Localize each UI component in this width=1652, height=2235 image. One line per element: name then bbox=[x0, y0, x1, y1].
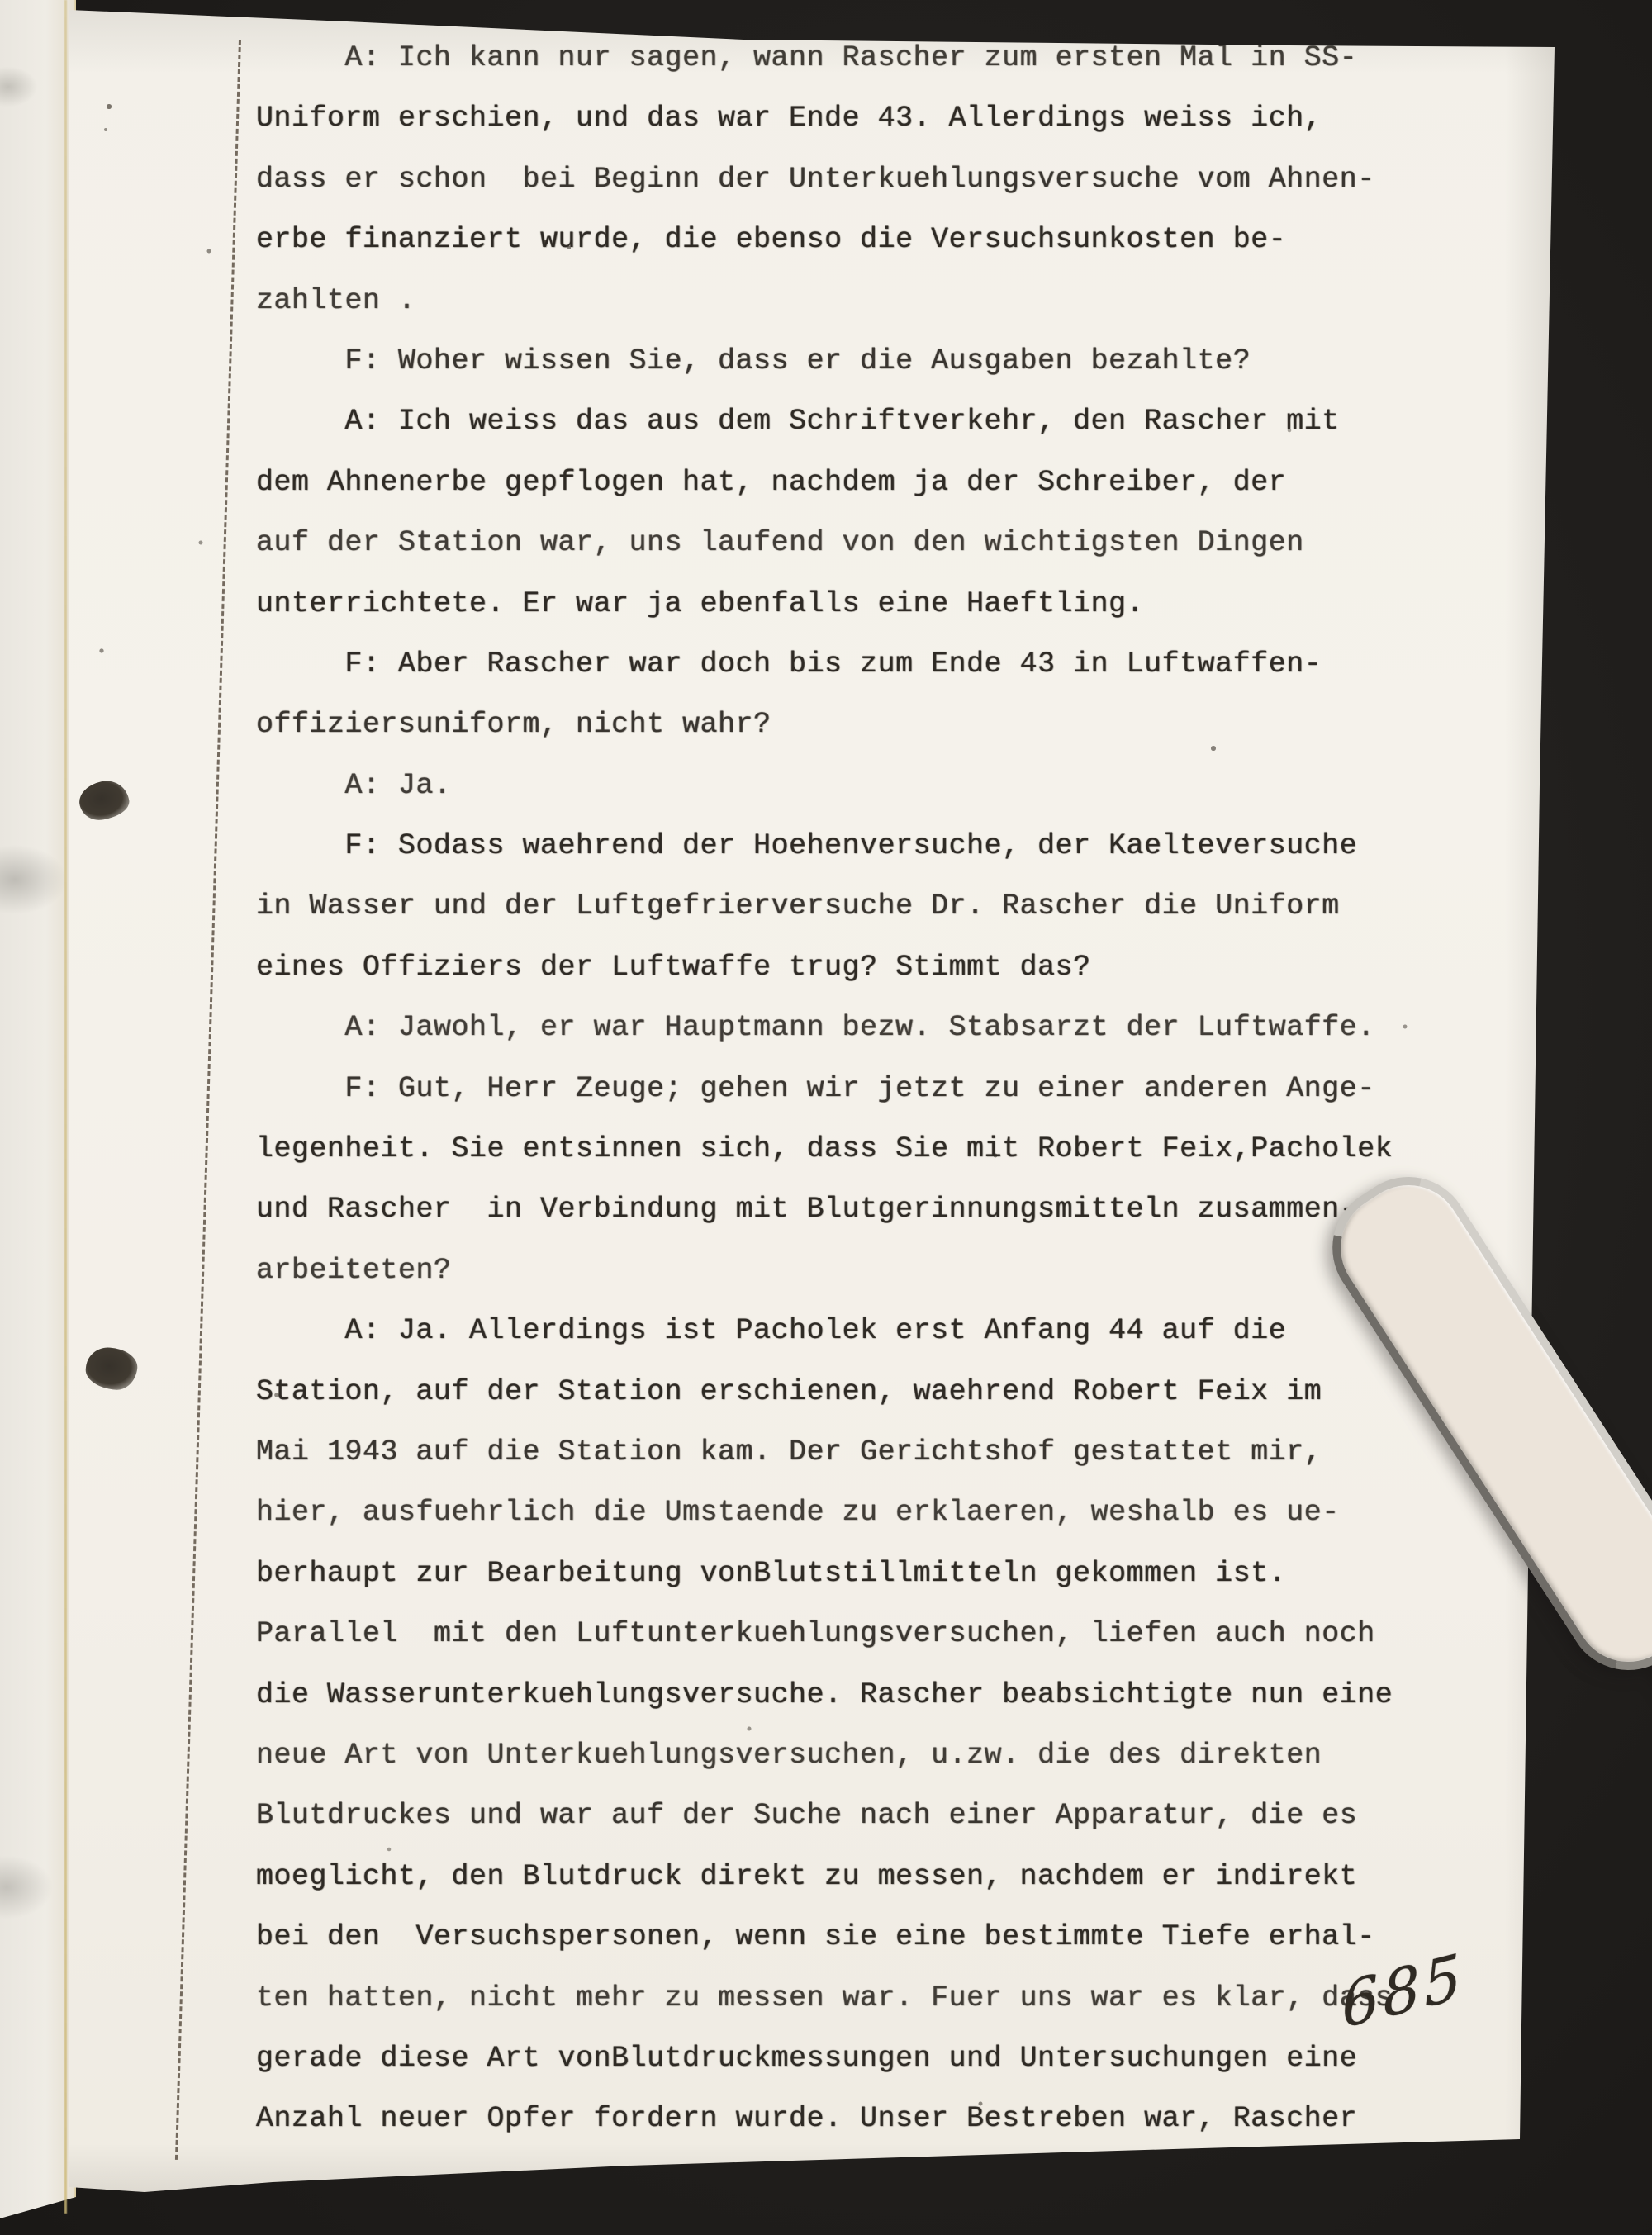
text-line: zahlten . bbox=[256, 271, 1412, 331]
paper-shading-bottom bbox=[0, 2144, 1652, 2202]
text-line: bei den Versuchspersonen, wenn sie eine … bbox=[256, 1907, 1412, 1967]
ink-blot-lower bbox=[84, 1345, 140, 1392]
text-line: Blutdruckes und war auf der Suche nach e… bbox=[256, 1786, 1412, 1846]
text-line: Station, auf der Station erschienen, wae… bbox=[256, 1362, 1412, 1422]
text-line: Uniform erschien, und das war Ende 43. A… bbox=[256, 88, 1412, 149]
text-line: F: Sodass waehrend der Hoehenversuche, d… bbox=[256, 816, 1412, 876]
document-page: A: Ich kann nur sagen, wann Rascher zum … bbox=[0, 0, 1652, 2235]
text-line: berhaupt zur Bearbeitung vonBlutstillmit… bbox=[256, 1544, 1412, 1604]
text-line: Mai 1943 auf die Station kam. Der Gerich… bbox=[256, 1422, 1412, 1483]
text-line: unterrichtete. Er war ja ebenfalls eine … bbox=[256, 574, 1412, 634]
text-line: dass er schon bei Beginn der Unterkuehlu… bbox=[256, 149, 1412, 210]
fold-crease-line bbox=[175, 40, 241, 2160]
text-line: auf der Station war, uns laufend von den… bbox=[256, 513, 1412, 573]
text-line: eines Offiziers der Luftwaffe trug? Stim… bbox=[256, 937, 1412, 998]
text-line: legenheit. Sie entsinnen sich, dass Sie … bbox=[256, 1119, 1412, 1179]
text-line: hier, ausfuehrlich die Umstaende zu erkl… bbox=[256, 1483, 1412, 1543]
text-line: erbe finanziert wurde, die ebenso die Ve… bbox=[256, 210, 1412, 270]
text-line: moeglicht, den Blutdruck direkt zu messe… bbox=[256, 1847, 1412, 1907]
text-line: F: Woher wissen Sie, dass er die Ausgabe… bbox=[256, 331, 1412, 391]
text-line: A: Jawohl, er war Hauptmann bezw. Stabsa… bbox=[256, 998, 1412, 1058]
text-line: A: Ich weiss das aus dem Schriftverkehr,… bbox=[256, 391, 1412, 452]
under-sheet-edge bbox=[64, 0, 67, 2214]
scanned-document: A: Ich kann nur sagen, wann Rascher zum … bbox=[0, 0, 1652, 2235]
text-line: offiziersuniform, nicht wahr? bbox=[256, 695, 1412, 755]
text-line: in Wasser und der Luftgefrierversuche Dr… bbox=[256, 876, 1412, 937]
text-line: und Rascher in Verbindung mit Blutgerinn… bbox=[256, 1179, 1412, 1240]
text-line: A: Ja. bbox=[256, 756, 1412, 816]
text-line: F: Aber Rascher war doch bis zum Ende 43… bbox=[256, 634, 1412, 695]
text-line: Anzahl neuer Opfer fordern wurde. Unser … bbox=[256, 2089, 1412, 2149]
paper-shading-right bbox=[1505, 0, 1563, 2235]
text-line: dem Ahnenerbe gepflogen hat, nachdem ja … bbox=[256, 453, 1412, 513]
text-line: neue Art von Unterkuehlungsversuchen, u.… bbox=[256, 1725, 1412, 1786]
ink-blot-upper bbox=[77, 778, 131, 823]
text-line: A: Ich kann nur sagen, wann Rascher zum … bbox=[256, 28, 1412, 88]
text-line: arbeiteten? bbox=[256, 1241, 1412, 1301]
text-line: F: Gut, Herr Zeuge; gehen wir jetzt zu e… bbox=[256, 1059, 1412, 1119]
text-line: A: Ja. Allerdings ist Pacholek erst Anfa… bbox=[256, 1301, 1412, 1361]
text-line: gerade diese Art vonBlutdruckmessungen u… bbox=[256, 2029, 1412, 2089]
text-line: ten hatten, nicht mehr zu messen war. Fu… bbox=[256, 1968, 1412, 2029]
text-line: Parallel mit den Luftunterkuehlungsversu… bbox=[256, 1604, 1412, 1664]
typewritten-text-block: A: Ich kann nur sagen, wann Rascher zum … bbox=[256, 28, 1412, 2150]
text-line: die Wasserunterkuehlungsversuche. Rasche… bbox=[256, 1665, 1412, 1725]
